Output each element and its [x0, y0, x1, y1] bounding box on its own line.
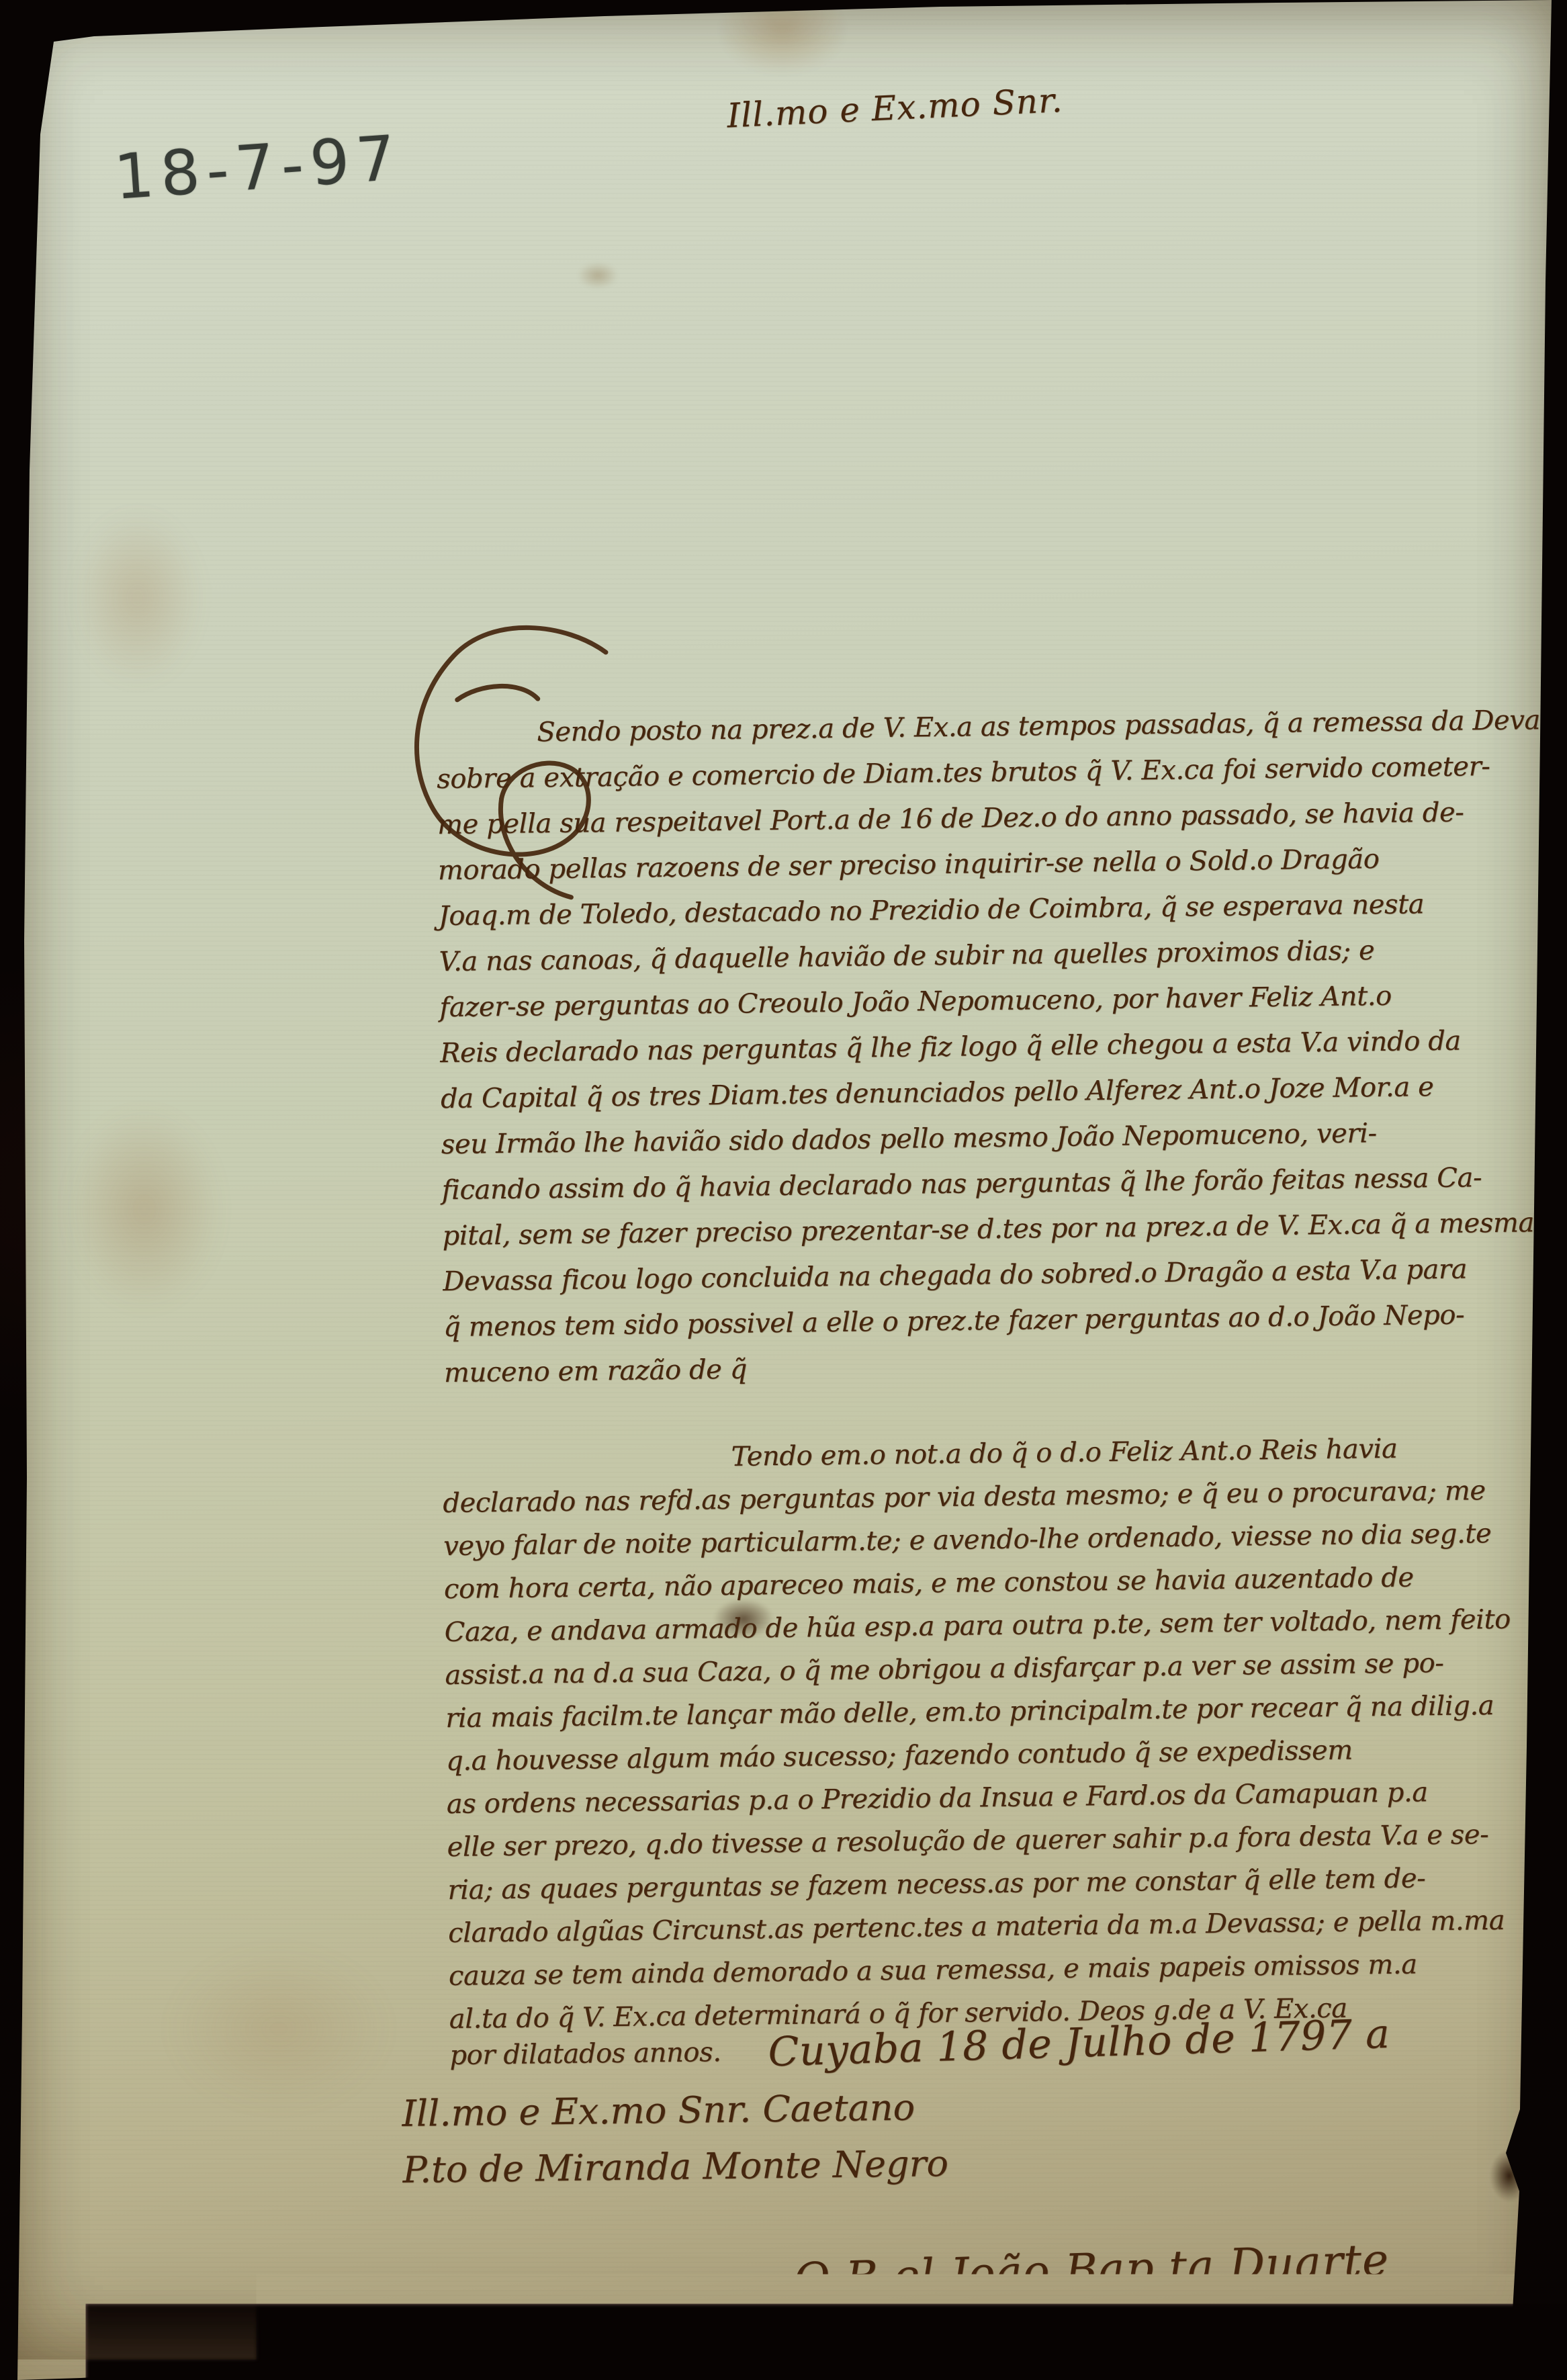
letter-paragraph-2: Tendo em.o not.a do q̃ o d.o Feliz Ant.o…	[442, 1425, 1567, 2041]
final-line-text: por dilatados annos.	[449, 2037, 721, 2071]
addressee-line-1: Ill.mo e Ex.mo Snr. Caetano	[402, 2079, 948, 2142]
letter-paragraph-1: Sendo posto na prez.a de V. Ex.a as temp…	[436, 697, 1567, 1396]
manuscript-page: 18-7-97 Ill.mo e Ex.mo Snr. Sendo posto …	[0, 0, 1567, 2380]
addressee-block: Ill.mo e Ex.mo Snr. Caetano P.to de Mira…	[402, 2079, 948, 2199]
addressee-line-2: P.to de Miranda Monte Negro	[402, 2135, 948, 2199]
salutation: Ill.mo e Ex.mo Snr.	[726, 81, 1063, 136]
scan-background: 18-7-97 Ill.mo e Ex.mo Snr. Sendo posto …	[0, 0, 1567, 2380]
signature: O B.el João Bap.ta Duarte	[793, 2234, 1390, 2305]
